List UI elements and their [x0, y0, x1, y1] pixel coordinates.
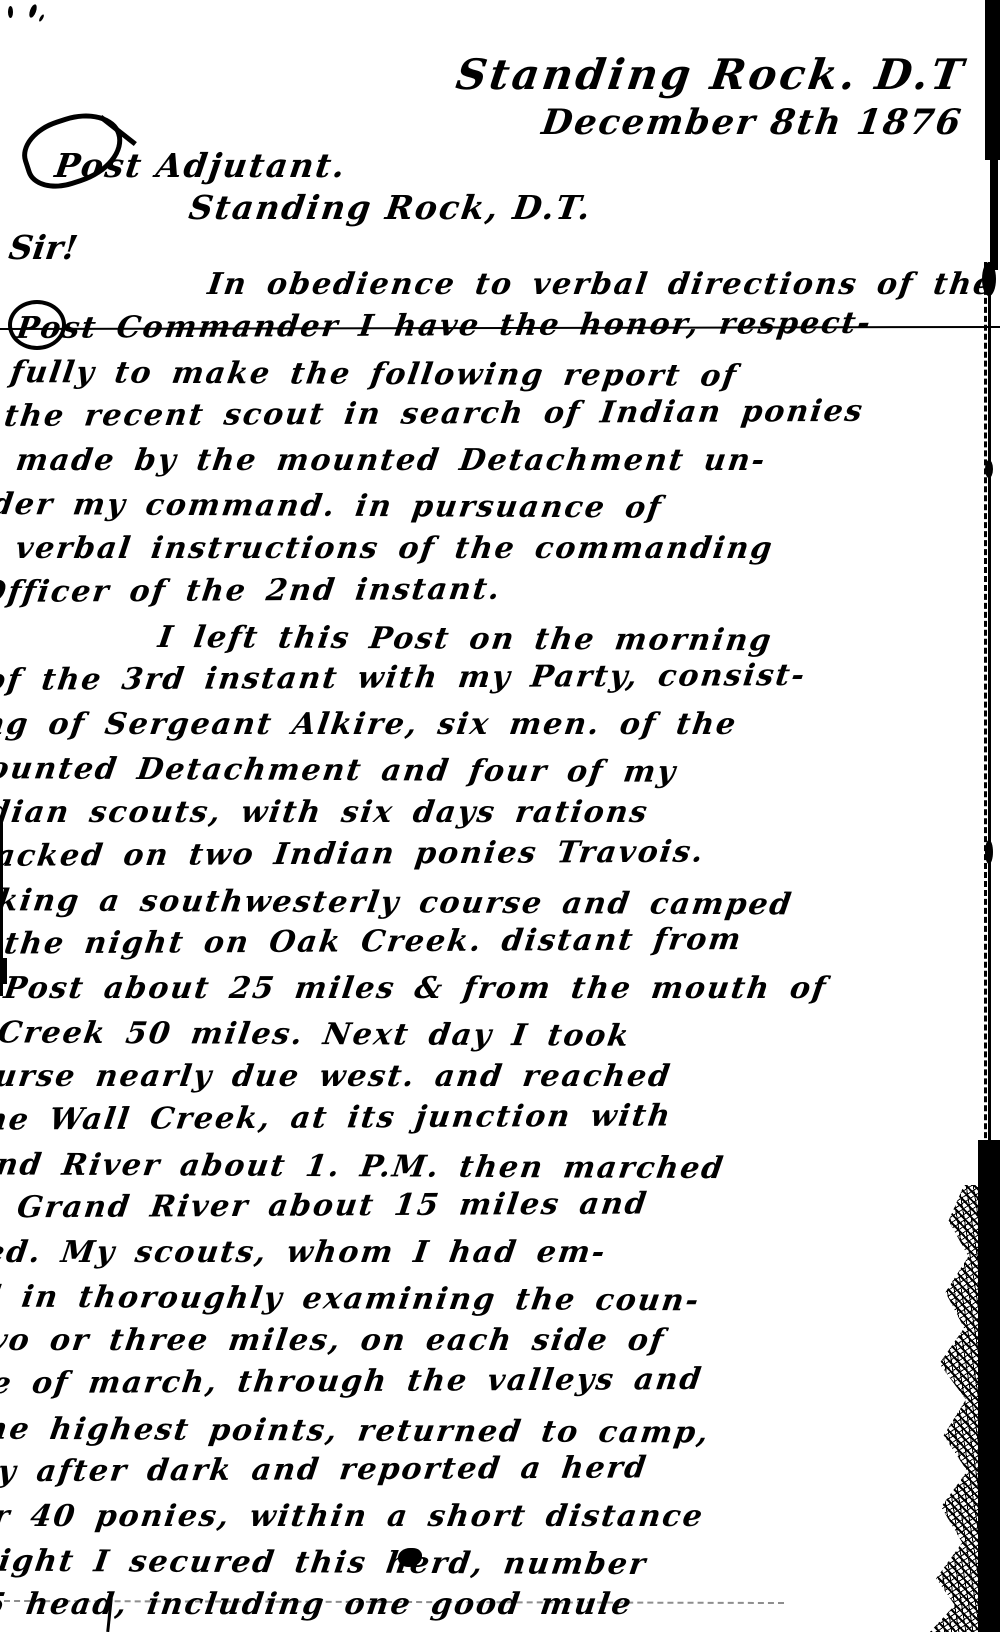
- salutation: Sir!: [7, 228, 81, 267]
- recipient-location: Standing Rock, D.T.: [187, 188, 595, 227]
- letter-line: my line of march, through the valleys an…: [0, 1357, 862, 1407]
- scan-edge-top-right: [985, 0, 1000, 160]
- letter-line: Officer of the 2nd instant.: [0, 565, 973, 615]
- letter-line: mounted Detachment and four of my: [0, 747, 947, 796]
- ink-speck: [38, 14, 45, 22]
- ink-speck: [28, 3, 38, 18]
- letter-line: camped. My scouts, whom I had em-: [0, 1231, 880, 1275]
- letter-line: Stone Wall Creek, at its junction with: [0, 1093, 899, 1143]
- letter-line: a course nearly due west. and reached: [0, 1055, 905, 1099]
- letter-line: for the night on Oak Creek. distant from: [0, 917, 924, 967]
- recipient-title: Post Adjutant.: [53, 146, 350, 185]
- scanned-letter-page: Standing Rock. D.T December 8th 1876 Pos…: [0, 0, 1000, 1632]
- dateline-place: Standing Rock. D.T: [453, 50, 969, 99]
- letter-body: In obedience to verbal directions of the…: [0, 263, 1000, 1627]
- letter-line: of the 3rd instant with my Party, consis…: [0, 653, 961, 703]
- letter-line: the recent scout in search of Indian pon…: [1, 389, 998, 439]
- letter-line: der my command. in pursuance of: [0, 483, 984, 532]
- scan-edge-top-right-narrow: [990, 160, 998, 270]
- letter-line: ing of Sergeant Alkire, six men. of the: [0, 703, 954, 747]
- letter-line: Post Commander I have the honor, respect…: [14, 301, 1000, 351]
- letter-line: down Grand River about 15 miles and: [0, 1181, 887, 1231]
- letter-line: try two or three miles, on each side of: [0, 1319, 868, 1363]
- letter-line: Indian scouts, with six days rations: [0, 791, 942, 835]
- letter-line: the Post about 25 miles & from the mouth…: [0, 967, 917, 1011]
- scan-edge-bottom-right: [978, 1140, 1000, 1632]
- letter-line: made by the mounted Detachment un-: [13, 439, 991, 483]
- letter-line: ployed in thoroughly examining the coun-: [0, 1275, 873, 1324]
- dateline-date: December 8th 1876: [539, 102, 965, 143]
- ink-speck: [8, 6, 13, 18]
- letter-line: packed on two Indian ponies Travois.: [0, 829, 936, 879]
- letter-line: In obedience to verbal directions of the: [20, 263, 1000, 307]
- letter-line: At daylight I secured this herd, number: [0, 1539, 836, 1588]
- letter-line: shortly after dark and reported a herd: [0, 1445, 850, 1495]
- letter-line: being 35 head, including one good mule: [0, 1583, 830, 1627]
- scan-edge-blob: [985, 840, 993, 864]
- letter-line: verbal instructions of the commanding: [13, 527, 979, 571]
- letter-line: of 35 or 40 ponies, within a short dista…: [0, 1495, 843, 1539]
- letter-line: the Creek 50 miles. Next day I took: [0, 1011, 910, 1060]
